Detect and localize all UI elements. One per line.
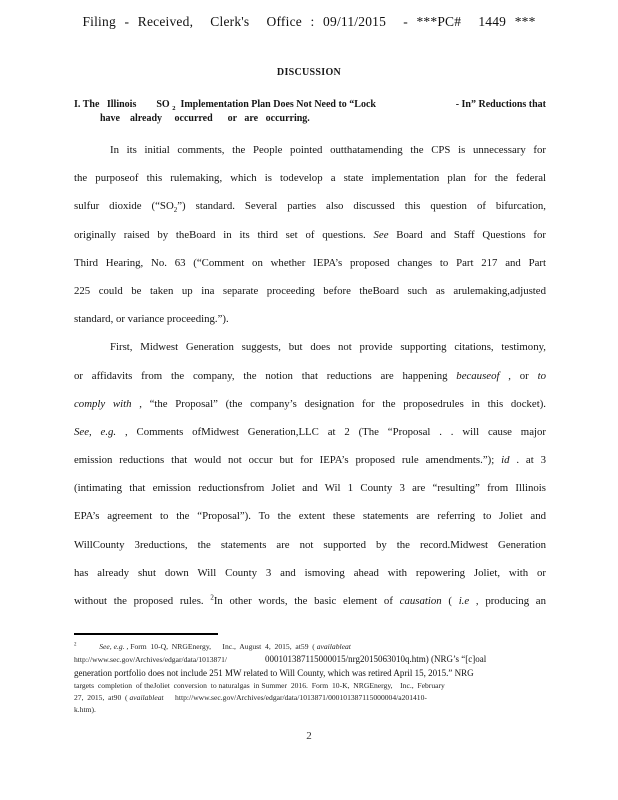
- section-heading-line2: have already occurred or are occurring.: [100, 113, 546, 125]
- body-line: 225 could be taken up ina separate proce…: [74, 277, 546, 305]
- footnote: 2 See, e.g. , Form 10-Q, NRGEnergy, Inc.…: [74, 641, 556, 717]
- section-heading: I. The Illinois SO 2 Implementation Plan…: [74, 99, 546, 125]
- body-line: See, e.g. , Comments ofMidwest Generatio…: [74, 418, 546, 446]
- body-line: emission reductions that would not occur…: [74, 446, 546, 474]
- filing-header: Filing - Received, Clerk's Office : 09/1…: [0, 14, 618, 30]
- body-line: has already shut down Will County 3 and …: [74, 559, 546, 587]
- body-line: WillCounty 3reductions, the statements a…: [74, 531, 546, 559]
- footnote-line: k.htm).: [74, 704, 556, 716]
- body-line: comply with , “the Proposal” (the compan…: [74, 390, 546, 418]
- section-heading-line1: I. The Illinois SO 2 Implementation Plan…: [74, 99, 546, 111]
- body-line: the purposeof this rulemaking, which is …: [74, 164, 546, 192]
- footnote-line: targets completion of theJoliet conversi…: [74, 680, 556, 692]
- body-line: originally raised by theBoard in its thi…: [74, 221, 546, 249]
- page-number: 2: [0, 730, 618, 742]
- document-body: In its initial comments, the People poin…: [74, 136, 546, 615]
- footnote-line: generation portfolio does not include 25…: [74, 667, 556, 680]
- body-line: EPA’s agreement to the “Proposal”). To t…: [74, 502, 546, 530]
- footnote-separator: [74, 633, 218, 635]
- body-line: without the proposed rules. 2In other wo…: [74, 587, 546, 615]
- section-heading-line1-right: - In” Reductions that: [456, 99, 546, 111]
- body-line: Third Hearing, No. 63 (“Comment on wheth…: [74, 249, 546, 277]
- footnote-line: http://www.sec.gov/Archives/edgar/data/1…: [74, 653, 556, 666]
- footnote-line: 27, 2015, at90 ( availableat http://www.…: [74, 692, 556, 704]
- body-line: In its initial comments, the People poin…: [74, 136, 546, 164]
- footnote-line: 2 See, e.g. , Form 10-Q, NRGEnergy, Inc.…: [74, 641, 556, 653]
- body-line: sulfur dioxide (“SO2”) standard. Several…: [74, 192, 546, 220]
- body-line: First, Midwest Generation suggests, but …: [74, 333, 546, 361]
- discussion-heading: DISCUSSION: [0, 67, 618, 78]
- body-line: standard, or variance proceeding.”).: [74, 305, 546, 333]
- body-line: or affidavits from the company, the noti…: [74, 362, 546, 390]
- section-heading-line1-left: I. The Illinois SO 2 Implementation Plan…: [74, 99, 376, 111]
- document-page: Filing - Received, Clerk's Office : 09/1…: [0, 0, 618, 800]
- body-line: (intimating that emission reductionsfrom…: [74, 474, 546, 502]
